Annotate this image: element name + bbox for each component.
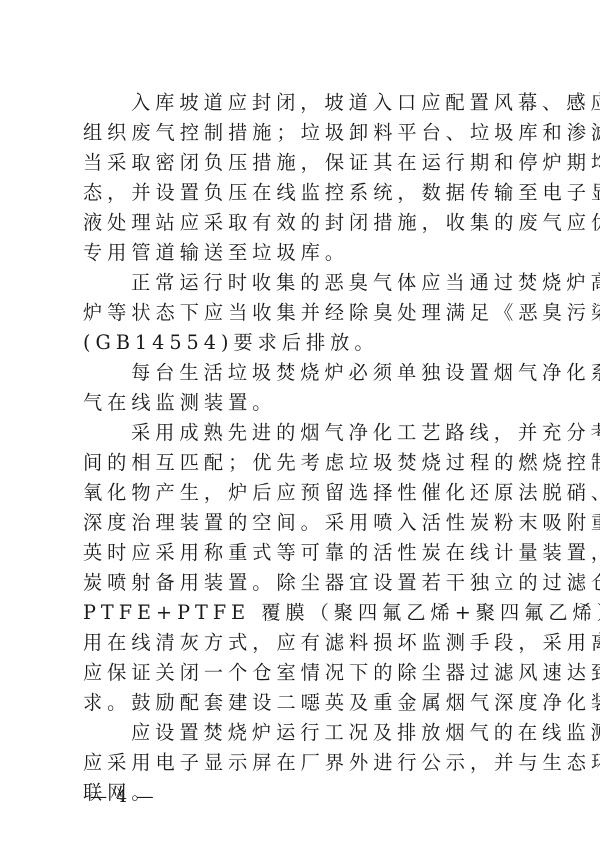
text-line: 英时应采用称重式等可靠的活性炭在线计量装置，并设置活性 (83, 538, 520, 568)
text-line: 应设置焚烧炉运行工况及排放烟气的在线监测装置，结果 (83, 718, 520, 748)
text-line: 入库坡道应封闭，坡道入口应配置风幕、感应卷帘门等无 (83, 88, 520, 118)
paragraph-1: 入库坡道应封闭，坡道入口应配置风幕、感应卷帘门等无 组织废气控制措施；垃圾卸料平… (83, 88, 520, 268)
text-line: 间的相互匹配；优先考虑垃圾焚烧过程的燃烧控制，以抑制氮 (83, 448, 520, 478)
text-line: 采用成熟先进的烟气净化工艺路线，并充分考虑组合工艺 (83, 418, 520, 448)
text-line: 应保证关闭一个仓室情况下的除尘器过滤风速达到相应的要 (83, 658, 520, 688)
text-line: 每台生活垃圾焚烧炉必须单独设置烟气净化系统并安装烟 (83, 358, 520, 388)
text-line: 组织废气控制措施；垃圾卸料平台、垃圾库和渗滤液收集池应 (83, 118, 520, 148)
text-line: 态，并设置负压在线监控系统，数据传输至电子显示屏。渗滤 (83, 178, 520, 208)
text-line: 应采用电子显示屏在厂界外进行公示，并与生态环境主管部门 (83, 748, 520, 778)
text-line: 当采取密闭负压措施，保证其在运行期和停炉期均处于负压状 (83, 148, 520, 178)
page-number: — 4 — (90, 786, 156, 808)
text-line: PTFE+PTFE 覆膜（聚四氟乙烯+聚四氟乙烯）等高效滤料，采 (83, 598, 520, 628)
text-line: 用在线清灰方式，应有滤料损坏监测手段，采用离线清灰方式， (83, 628, 520, 658)
text-line: 炭喷射备用装置。除尘器宜设置若干独立的过滤仓室，应采用 (83, 568, 520, 598)
body-text: 入库坡道应封闭，坡道入口应配置风幕、感应卷帘门等无 组织废气控制措施；垃圾卸料平… (83, 88, 520, 808)
text-line: 液处理站应采取有效的封闭措施，收集的废气应优先考虑通过 (83, 208, 520, 238)
text-line: (GB14554)要求后排放。 (83, 328, 520, 358)
text-line: 氧化物产生，炉后应预留选择性催化还原法脱硝、湿法脱酸等 (83, 478, 520, 508)
text-line: 深度治理装置的空间。采用喷入活性炭粉末吸附重金属及二噁 (83, 508, 520, 538)
text-line: 专用管道输送至垃圾库。 (83, 238, 520, 268)
text-line: 求。鼓励配套建设二噁英及重金属烟气深度净化装置。 (83, 688, 520, 718)
text-line: 正常运行时收集的恶臭气体应当通过焚烧炉高温处理，停 (83, 268, 520, 298)
text-line: 炉等状态下应当收集并经除臭处理满足《恶臭污染物排放标准》 (83, 298, 520, 328)
paragraph-3: 每台生活垃圾焚烧炉必须单独设置烟气净化系统并安装烟 气在线监测装置。 (83, 358, 520, 418)
paragraph-4: 采用成熟先进的烟气净化工艺路线，并充分考虑组合工艺 间的相互匹配；优先考虑垃圾焚… (83, 418, 520, 718)
text-line: 气在线监测装置。 (83, 388, 520, 418)
document-page: 入库坡道应封闭，坡道入口应配置风幕、感应卷帘门等无 组织废气控制措施；垃圾卸料平… (0, 0, 600, 848)
paragraph-2: 正常运行时收集的恶臭气体应当通过焚烧炉高温处理，停 炉等状态下应当收集并经除臭处… (83, 268, 520, 358)
